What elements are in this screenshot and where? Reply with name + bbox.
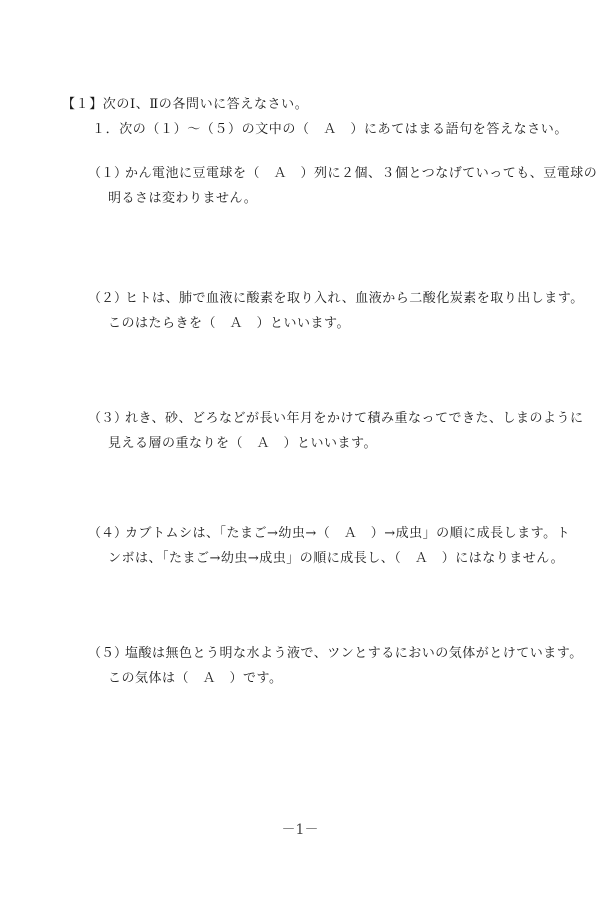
question-text-cont: ンボは、「たまご→幼虫→成虫」の順に成長し、（ Ａ ）にはなりません。 bbox=[108, 547, 564, 566]
question-text-cont: 見える層の重なりを（ Ａ ）といいます。 bbox=[108, 432, 377, 451]
page-number: －1－ bbox=[0, 819, 600, 839]
question-number: （２） bbox=[88, 287, 127, 306]
question-text: カブトムシは、「たまご→幼虫→（ Ａ ）→成虫」の順に成長します。ト bbox=[125, 522, 570, 541]
question-text-cont: このはたらきを（ Ａ ）といいます。 bbox=[108, 312, 350, 331]
question-number: （５） bbox=[88, 642, 127, 661]
question-text: れき、砂、どろなどが長い年月をかけて積み重なってできた、しまのように bbox=[125, 407, 583, 426]
exam-page: 【１】次のⅠ、Ⅱの各問いに答えなさい。 １．次の（１）～（５）の文中の（ Ａ ）… bbox=[0, 0, 600, 900]
question-text-cont: 明るさは変わりません。 bbox=[108, 187, 257, 206]
question-text: 塩酸は無色とう明な水よう液で、ツンとするにおいの気体がとけています。 bbox=[125, 642, 583, 661]
question-number: （４） bbox=[88, 522, 127, 541]
question-number: （１） bbox=[88, 162, 127, 181]
question-text: かん電池に豆電球を（ Ａ ）列に２個、３個とつなげていっても、豆電球の bbox=[125, 162, 597, 181]
question-instruction: １．次の（１）～（５）の文中の（ Ａ ）にあてはまる語句を答えなさい。 bbox=[92, 118, 568, 137]
question-text-cont: この気体は（ Ａ ）です。 bbox=[108, 667, 282, 686]
question-text: ヒトは、肺で血液に酸素を取り入れ、血液から二酸化炭素を取り出します。 bbox=[125, 287, 584, 306]
section-heading: 【１】次のⅠ、Ⅱの各問いに答えなさい。 bbox=[62, 93, 308, 112]
question-number: （３） bbox=[88, 407, 127, 426]
